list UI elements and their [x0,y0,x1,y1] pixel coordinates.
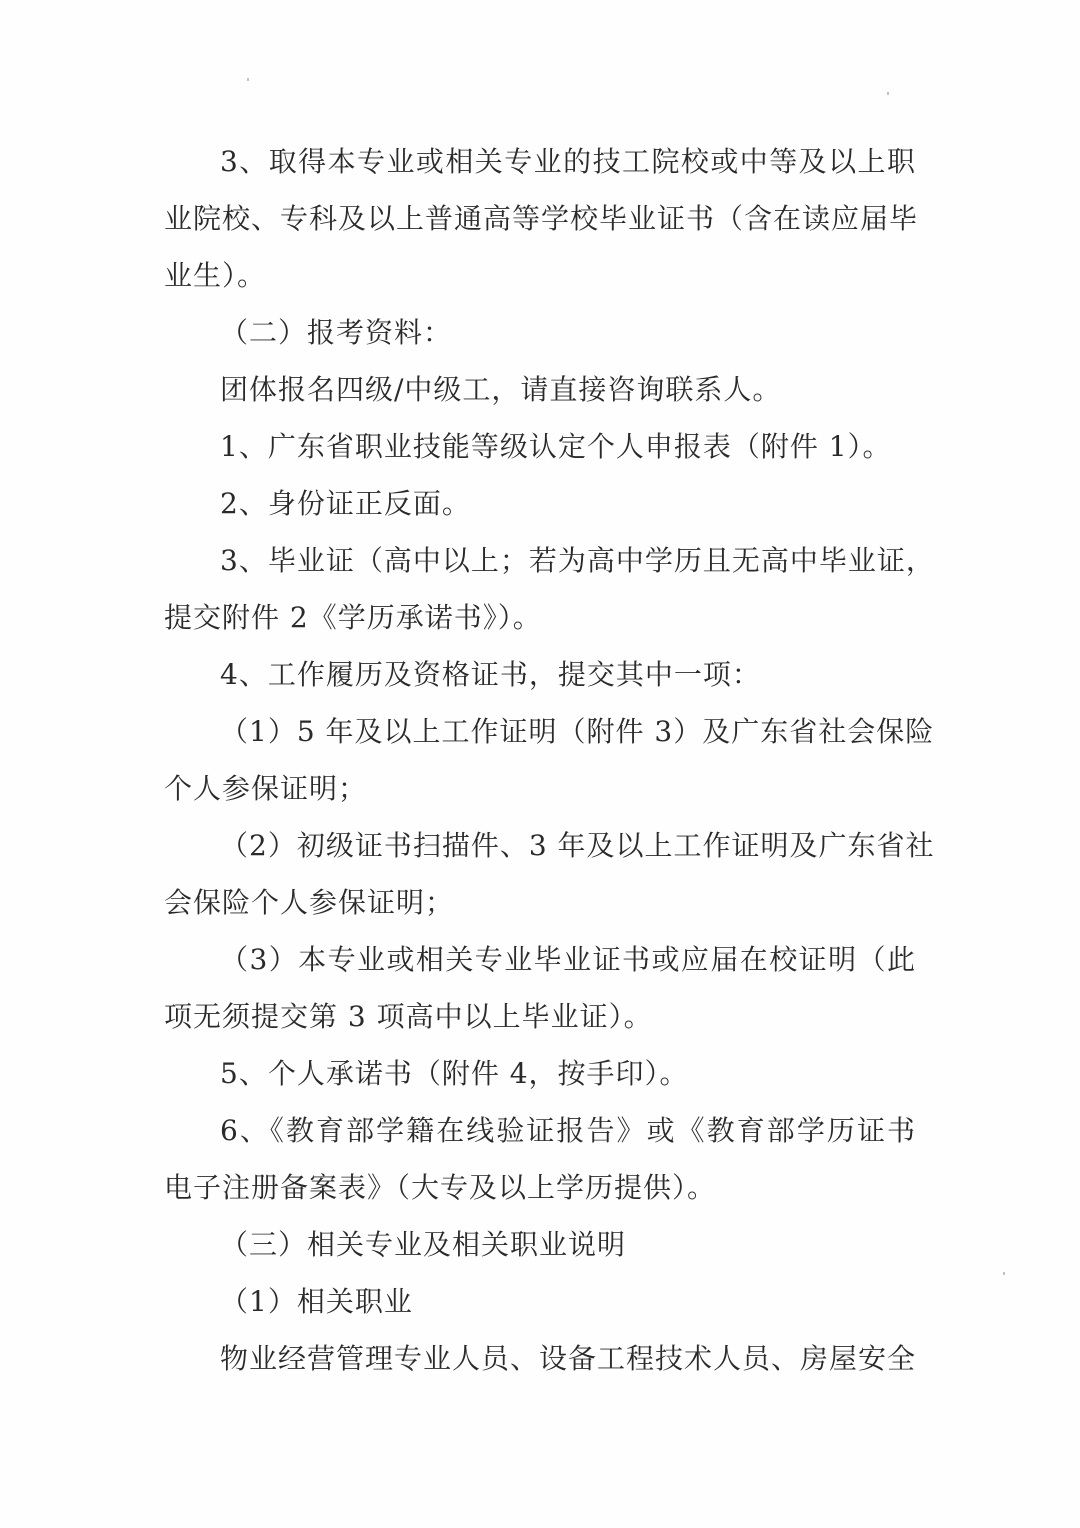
paragraph-line: 个人参保证明； [164,769,916,809]
list-item-3: 3、毕业证（高中以上；若为高中学历且无高中毕业证， [220,541,916,581]
paragraph-line: 电子注册备案表》（大专及以上学历提供）。 [164,1168,916,1208]
scan-speck [247,78,249,81]
paragraph-line: 业生）。 [164,256,916,296]
paragraph-line: 会保险个人参保证明； [164,883,916,923]
section-heading-related-majors: （三）相关专业及相关职业说明 [220,1225,916,1265]
sub-item-3: （3）本专业或相关专业毕业证书或应届在校证明（此 [220,940,916,980]
paragraph-line-group-registration: 团体报名四级/中级工，请直接咨询联系人。 [220,370,916,410]
list-item-5: 5、个人承诺书（附件 4，按手印）。 [220,1054,916,1094]
list-item-1: 1、广东省职业技能等级认定个人申报表（附件 1）。 [220,427,916,467]
list-item-4: 4、工作履历及资格证书，提交其中一项： [220,655,916,695]
scan-speck [887,92,889,95]
paragraph-line: 提交附件 2《学历承诺书》）。 [164,598,916,638]
paragraph-line-item3-eligibility: 3、取得本专业或相关专业的技工院校或中等及以上职 [220,142,916,182]
paragraph-line-occupations: 物业经营管理专业人员、设备工程技术人员、房屋安全 [220,1339,916,1379]
sub-heading-related-occupations: （1）相关职业 [220,1282,916,1322]
scanned-document-page: 3、取得本专业或相关专业的技工院校或中等及以上职 业院校、专科及以上普通高等学校… [0,0,1080,1528]
sub-item-2: （2）初级证书扫描件、3 年及以上工作证明及广东省社 [220,826,916,866]
section-heading-application-materials: （二）报考资料： [220,313,916,353]
list-item-2: 2、身份证正反面。 [220,484,916,524]
paragraph-line: 业院校、专科及以上普通高等学校毕业证书（含在读应届毕 [164,199,916,239]
sub-item-1: （1）5 年及以上工作证明（附件 3）及广东省社会保险 [220,712,916,752]
list-item-6: 6、《教育部学籍在线验证报告》或《教育部学历证书 [220,1111,916,1151]
scan-speck [1003,1272,1005,1275]
paragraph-line: 项无须提交第 3 项高中以上毕业证）。 [164,997,916,1037]
